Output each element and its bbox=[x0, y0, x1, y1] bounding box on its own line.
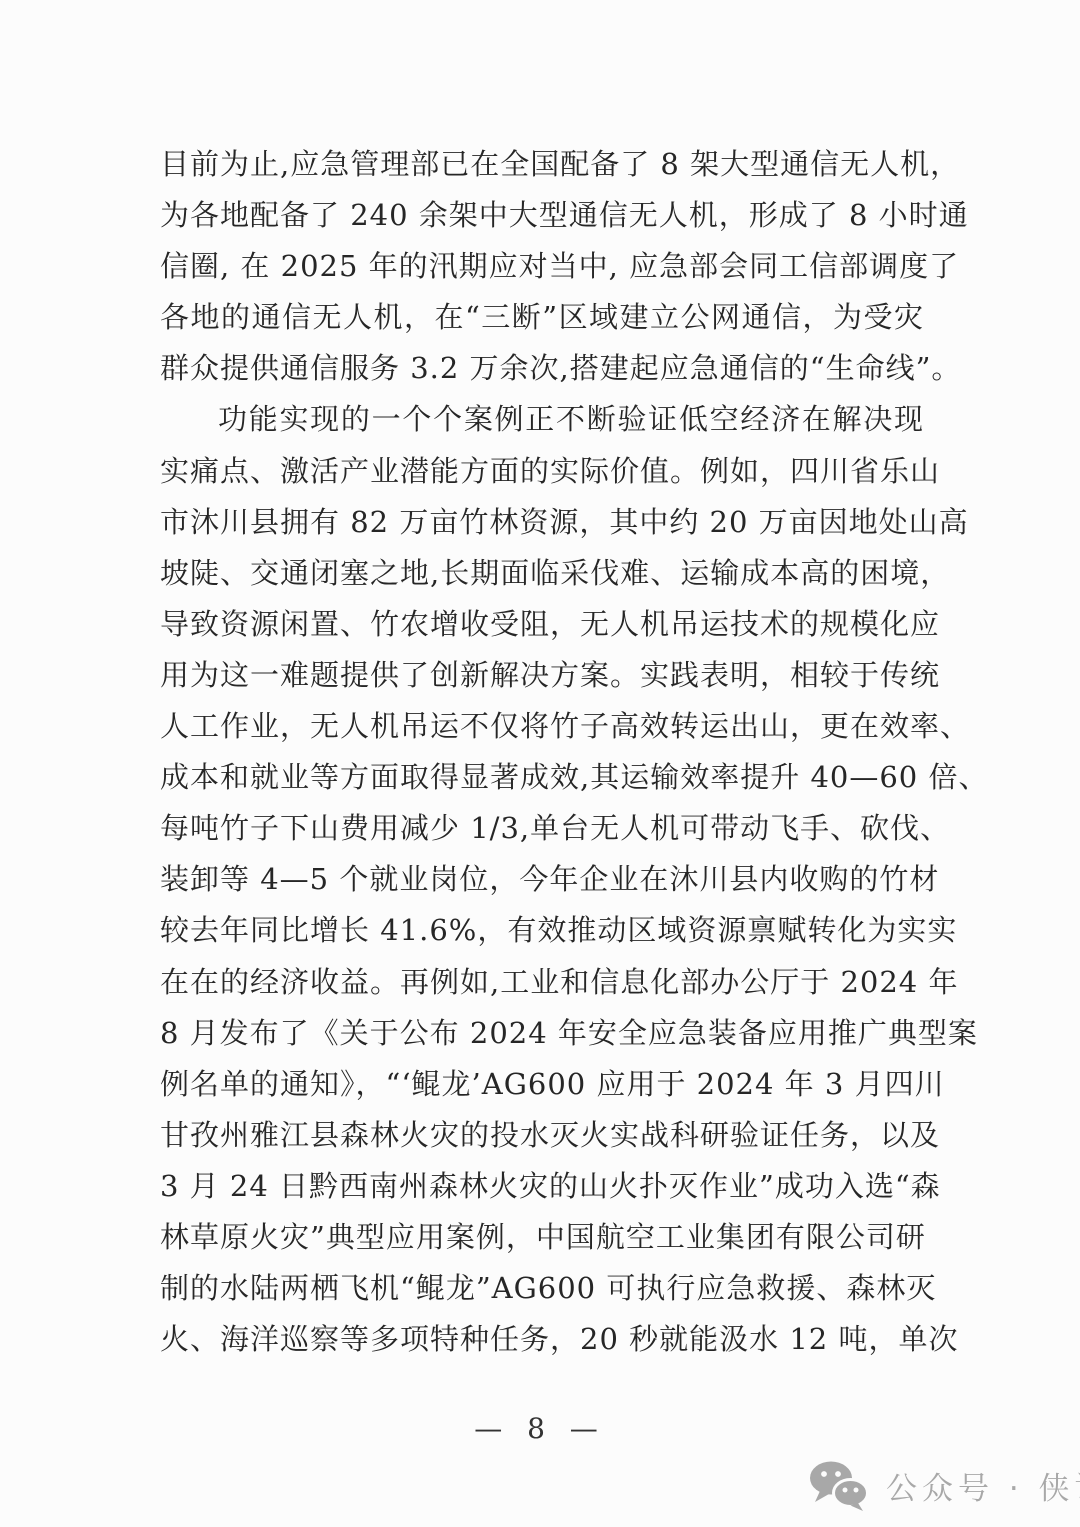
text-line: 8 月发布了《关于公布 2024 年安全应急装备应用推广典型案 bbox=[160, 1008, 924, 1059]
text-line: 实痛点、激活产业潜能方面的实际价值。例如，四川省乐山 bbox=[160, 446, 924, 497]
text-line: 每吨竹子下山费用减少 1/3,单台无人机可带动飞手、砍伐、 bbox=[160, 803, 924, 854]
text-line: 坡陡、交通闭塞之地,长期面临采伐难、运输成本高的困境， bbox=[160, 548, 924, 599]
text-line: 较去年同比增长 41.6%，有效推动区域资源禀赋转化为实实 bbox=[160, 905, 924, 956]
text-line: 各地的通信无人机，在“三断”区域建立公网通信，为受灾 bbox=[160, 292, 924, 343]
text-line: 人工作业，无人机吊运不仅将竹子高效转运出山，更在效率、 bbox=[160, 701, 924, 752]
document-page: 目前为止,应急管理部已在全国配备了 8 架大型通信无人机， 为各地配备了 240… bbox=[0, 0, 1080, 1527]
text-line: 群众提供通信服务 3.2 万余次,搭建起应急通信的“生命线”。 bbox=[160, 343, 924, 394]
text-line: 导致资源闲置、竹农增收受阻，无人机吊运技术的规模化应 bbox=[160, 599, 924, 650]
text-line: 例名单的通知》，“‘鲲龙’AG600 应用于 2024 年 3 月四川 bbox=[160, 1059, 924, 1110]
watermark-badge: 公众号 · 侠说 bbox=[808, 1458, 1080, 1512]
text-line: 林草原火灾”典型应用案例，中国航空工业集团有限公司研 bbox=[160, 1212, 924, 1263]
text-line: 成本和就业等方面取得显著成效,其运输效率提升 40—60 倍、 bbox=[160, 752, 924, 803]
text-line: 信圈, 在 2025 年的汛期应对当中, 应急部会同工信部调度了 bbox=[160, 241, 924, 292]
body-text: 目前为止,应急管理部已在全国配备了 8 架大型通信无人机， 为各地配备了 240… bbox=[160, 139, 924, 1365]
text-line: 市沐川县拥有 82 万亩竹林资源，其中约 20 万亩因地处山高 bbox=[160, 497, 924, 548]
watermark-label: 公众号 · 侠说 bbox=[886, 1463, 1080, 1508]
text-line: 目前为止,应急管理部已在全国配备了 8 架大型通信无人机， bbox=[160, 139, 924, 190]
text-line-paragraph-start: 功能实现的一个个案例正不断验证低空经济在解决现 bbox=[160, 394, 924, 445]
text-line: 装卸等 4—5 个就业岗位，今年企业在沐川县内收购的竹材 bbox=[160, 854, 924, 905]
text-line: 制的水陆两栖飞机“鲲龙”AG600 可执行应急救援、森林灭 bbox=[160, 1263, 924, 1314]
text-line: 用为这一难题提供了创新解决方案。实践表明，相较于传统 bbox=[160, 650, 924, 701]
page-number: — 8 — bbox=[0, 1412, 1080, 1445]
wechat-icon bbox=[808, 1459, 870, 1511]
text-line: 为各地配备了 240 余架中大型通信无人机，形成了 8 小时通 bbox=[160, 190, 924, 241]
text-line: 火、海洋巡察等多项特种任务，20 秒就能汲水 12 吨，单次 bbox=[160, 1314, 924, 1365]
text-line: 甘孜州雅江县森林火灾的投水灭火实战科研验证任务，以及 bbox=[160, 1110, 924, 1161]
text-line: 在在的经济收益。再例如,工业和信息化部办公厅于 2024 年 bbox=[160, 957, 924, 1008]
text-line: 3 月 24 日黔西南州森林火灾的山火扑灭作业”成功入选“森 bbox=[160, 1161, 924, 1212]
